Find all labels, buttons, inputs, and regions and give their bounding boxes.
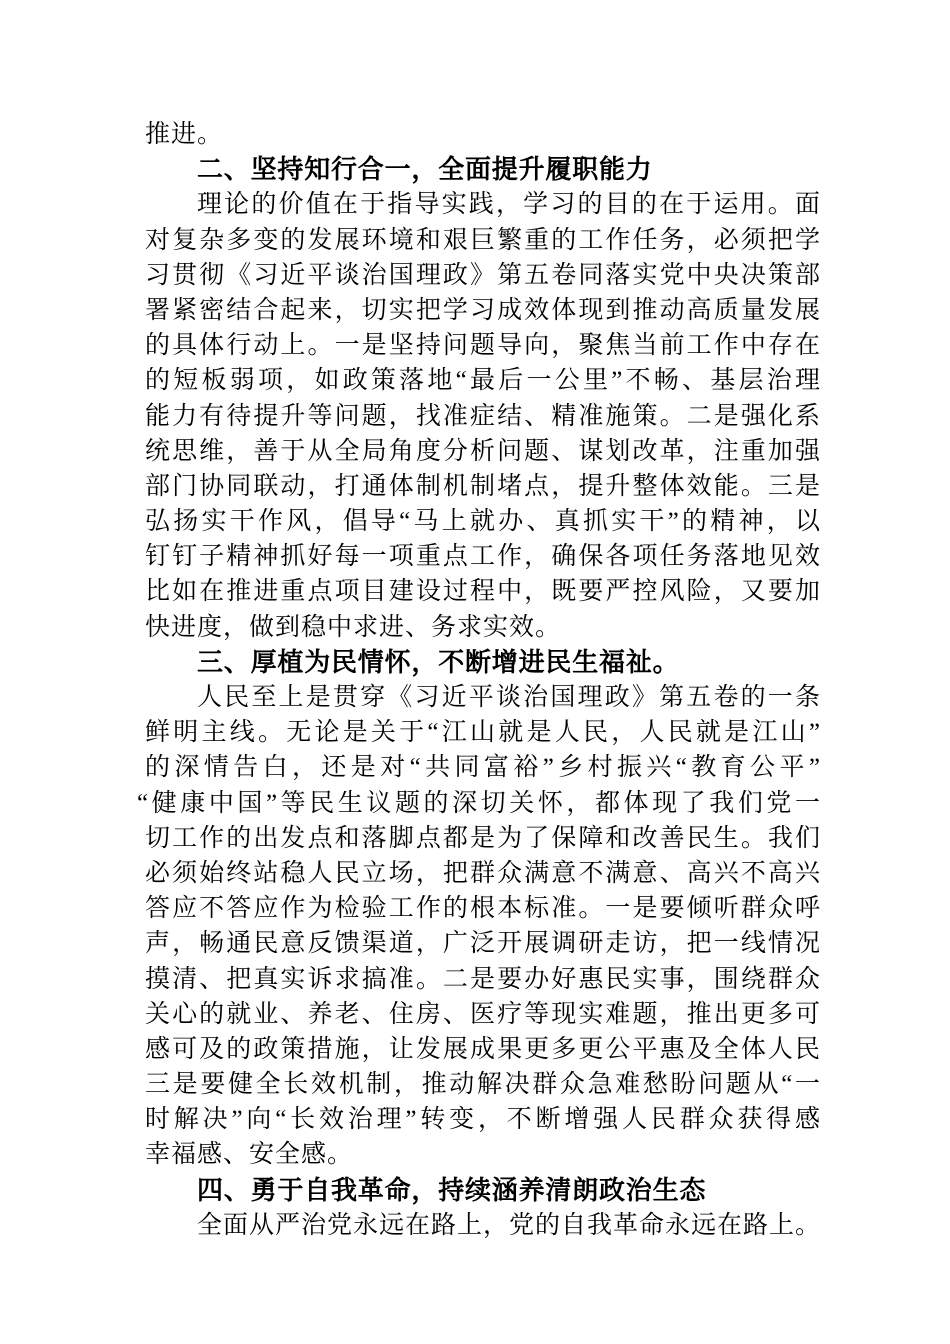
text-line: 推进。 bbox=[145, 117, 820, 152]
document-text-block: 推进。二、坚持知行合一，全面提升履职能力理论的价值在于指导实践，学习的目的在于运… bbox=[145, 117, 820, 1243]
text-line: 快进度，做到稳中求进、务求实效。 bbox=[145, 610, 820, 645]
text-line: 人民至上是贯穿《习近平谈治国理政》第五卷的一条 bbox=[145, 680, 820, 715]
text-line: 鲜明主线。无论是关于“江山就是人民，人民就是江山” bbox=[145, 715, 820, 750]
document-page: 推进。二、坚持知行合一，全面提升履职能力理论的价值在于指导实践，学习的目的在于运… bbox=[0, 0, 950, 1344]
text-line: 理论的价值在于指导实践，学习的目的在于运用。面 bbox=[145, 187, 820, 222]
text-line: 三是要健全长效机制，推动解决群众急难愁盼问题从“一 bbox=[145, 1067, 820, 1102]
text-line: 对复杂多变的发展环境和艰巨繁重的工作任务，必须把学 bbox=[145, 223, 820, 258]
text-line: 声，畅通民意反馈渠道，广泛开展调研走访，把一线情况 bbox=[145, 926, 820, 961]
text-line: 的深情告白，还是对“共同富裕”乡村振兴“教育公平” bbox=[145, 750, 820, 785]
text-line: 切工作的出发点和落脚点都是为了保障和改善民生。我们 bbox=[145, 821, 820, 856]
text-line: 弘扬实干作风，倡导“马上就办、真抓实干”的精神，以 bbox=[145, 504, 820, 539]
section-heading: 三、厚植为民情怀，不断增进民生福祉。 bbox=[145, 645, 820, 680]
text-line: 摸清、把真实诉求搞准。二是要办好惠民实事，围绕群众 bbox=[145, 962, 820, 997]
text-line: 部门协同联动，打通体制机制堵点，提升整体效能。三是 bbox=[145, 469, 820, 504]
text-line: 幸福感、安全感。 bbox=[145, 1137, 820, 1172]
text-line: 钉钉子精神抓好每一项重点工作，确保各项任务落地见效 bbox=[145, 539, 820, 574]
text-line: 必须始终站稳人民立场，把群众满意不满意、高兴不高兴 bbox=[145, 856, 820, 891]
text-line: 全面从严治党永远在路上，党的自我革命永远在路上。 bbox=[145, 1208, 820, 1243]
text-line: 能力有待提升等问题，找准症结、精准施策。二是强化系 bbox=[145, 399, 820, 434]
text-line: 统思维，善于从全局角度分析问题、谋划改革，注重加强 bbox=[145, 434, 820, 469]
text-line: 时解决”向“长效治理”转变，不断增强人民群众获得感 bbox=[145, 1102, 820, 1137]
text-line: 答应不答应作为检验工作的根本标准。一是要倾听群众呼 bbox=[145, 891, 820, 926]
section-heading: 二、坚持知行合一，全面提升履职能力 bbox=[145, 152, 820, 187]
text-line: 比如在推进重点项目建设过程中，既要严控风险，又要加 bbox=[145, 574, 820, 609]
text-line: 关心的就业、养老、住房、医疗等现实难题，推出更多可 bbox=[145, 997, 820, 1032]
text-line: 的具体行动上。一是坚持问题导向，聚焦当前工作中存在 bbox=[145, 328, 820, 363]
text-line: 的短板弱项，如政策落地“最后一公里”不畅、基层治理 bbox=[145, 363, 820, 398]
text-line: 习贯彻《习近平谈治国理政》第五卷同落实党中央决策部 bbox=[145, 258, 820, 293]
text-line: “健康中国”等民生议题的深切关怀，都体现了我们党一 bbox=[137, 786, 820, 821]
text-line: 署紧密结合起来，切实把学习成效体现到推动高质量发展 bbox=[145, 293, 820, 328]
section-heading: 四、勇于自我革命，持续涵养清朗政治生态 bbox=[145, 1173, 820, 1208]
text-line: 感可及的政策措施，让发展成果更多更公平惠及全体人民 bbox=[145, 1032, 820, 1067]
